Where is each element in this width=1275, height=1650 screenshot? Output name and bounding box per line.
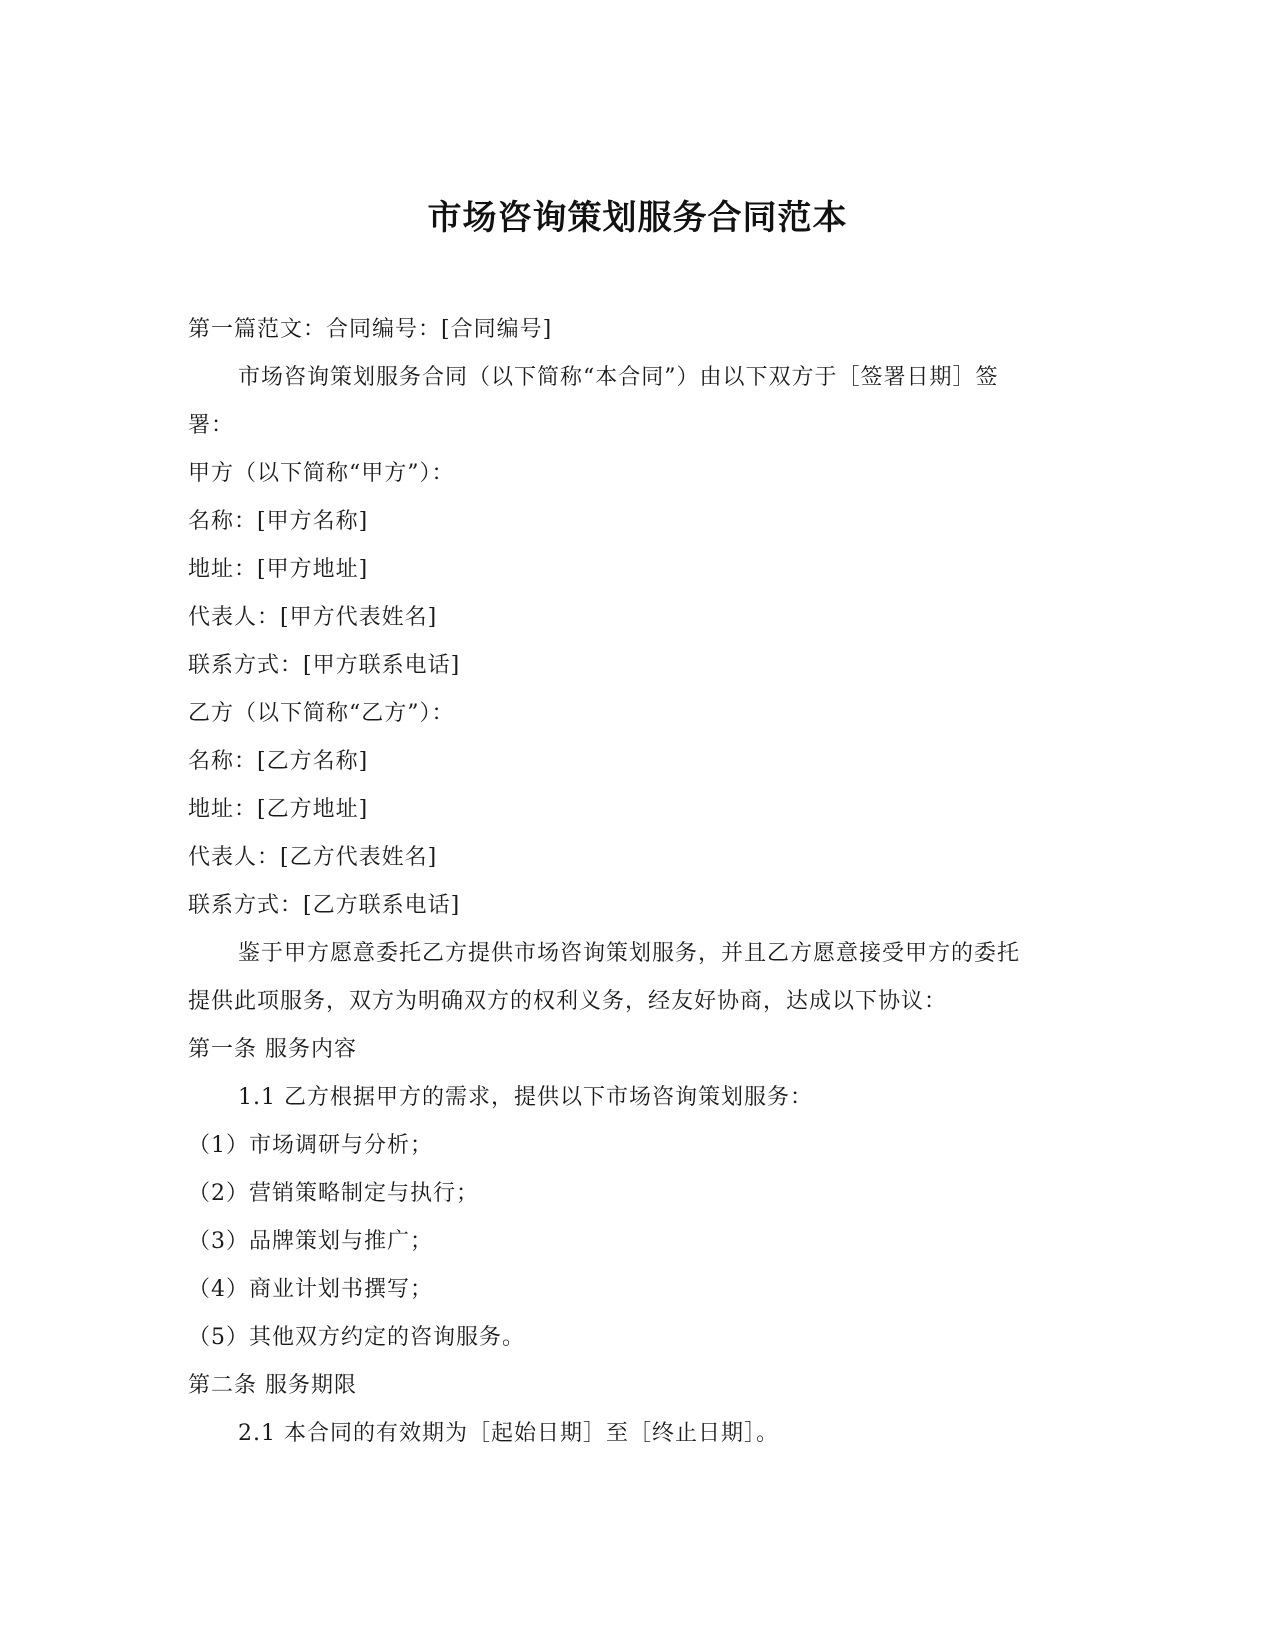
- recital-paragraph-line-2: 提供此项服务，双方为明确双方的权利义务，经友好协商，达成以下协议：: [188, 978, 1088, 1026]
- party-a-representative: 代表人：[甲方代表姓名]: [188, 594, 1088, 642]
- service-item-4: （4）商业计划书撰写；: [188, 1266, 1088, 1314]
- party-b-name: 名称：[乙方名称]: [188, 738, 1088, 786]
- party-a-contact: 联系方式：[甲方联系电话]: [188, 642, 1088, 690]
- intro-paragraph-line-2: 署：: [188, 402, 1088, 450]
- service-item-3: （3）品牌策划与推广；: [188, 1218, 1088, 1266]
- party-a-address: 地址：[甲方地址]: [188, 546, 1088, 594]
- document-body: 第一篇范文：合同编号：[合同编号] 市场咨询策划服务合同（以下简称“本合同”）由…: [188, 306, 1088, 1458]
- intro-paragraph-line-1: 市场咨询策划服务合同（以下简称“本合同”）由以下双方于［签署日期］签: [188, 354, 1088, 402]
- document-page: 市场咨询策划服务合同范本 第一篇范文：合同编号：[合同编号] 市场咨询策划服务合…: [0, 0, 1275, 1650]
- service-item-5: （5）其他双方约定的咨询服务。: [188, 1314, 1088, 1362]
- party-a-name: 名称：[甲方名称]: [188, 498, 1088, 546]
- party-b-heading: 乙方（以下简称“乙方”）：: [188, 690, 1088, 738]
- party-b-contact: 联系方式：[乙方联系电话]: [188, 882, 1088, 930]
- clause-2-1: 2.1 本合同的有效期为［起始日期］至［终止日期］。: [188, 1410, 1088, 1458]
- article-2-heading: 第二条 服务期限: [188, 1362, 1088, 1410]
- party-b-representative: 代表人：[乙方代表姓名]: [188, 834, 1088, 882]
- document-title: 市场咨询策划服务合同范本: [0, 196, 1275, 240]
- article-1-heading: 第一条 服务内容: [188, 1026, 1088, 1074]
- party-b-address: 地址：[乙方地址]: [188, 786, 1088, 834]
- service-item-2: （2）营销策略制定与执行；: [188, 1170, 1088, 1218]
- clause-1-1: 1.1 乙方根据甲方的需求，提供以下市场咨询策划服务：: [188, 1074, 1088, 1122]
- party-a-heading: 甲方（以下简称“甲方”）：: [188, 450, 1088, 498]
- contract-number-line: 第一篇范文：合同编号：[合同编号]: [188, 306, 1088, 354]
- service-item-1: （1）市场调研与分析；: [188, 1122, 1088, 1170]
- recital-paragraph-line-1: 鉴于甲方愿意委托乙方提供市场咨询策划服务，并且乙方愿意接受甲方的委托: [188, 930, 1088, 978]
